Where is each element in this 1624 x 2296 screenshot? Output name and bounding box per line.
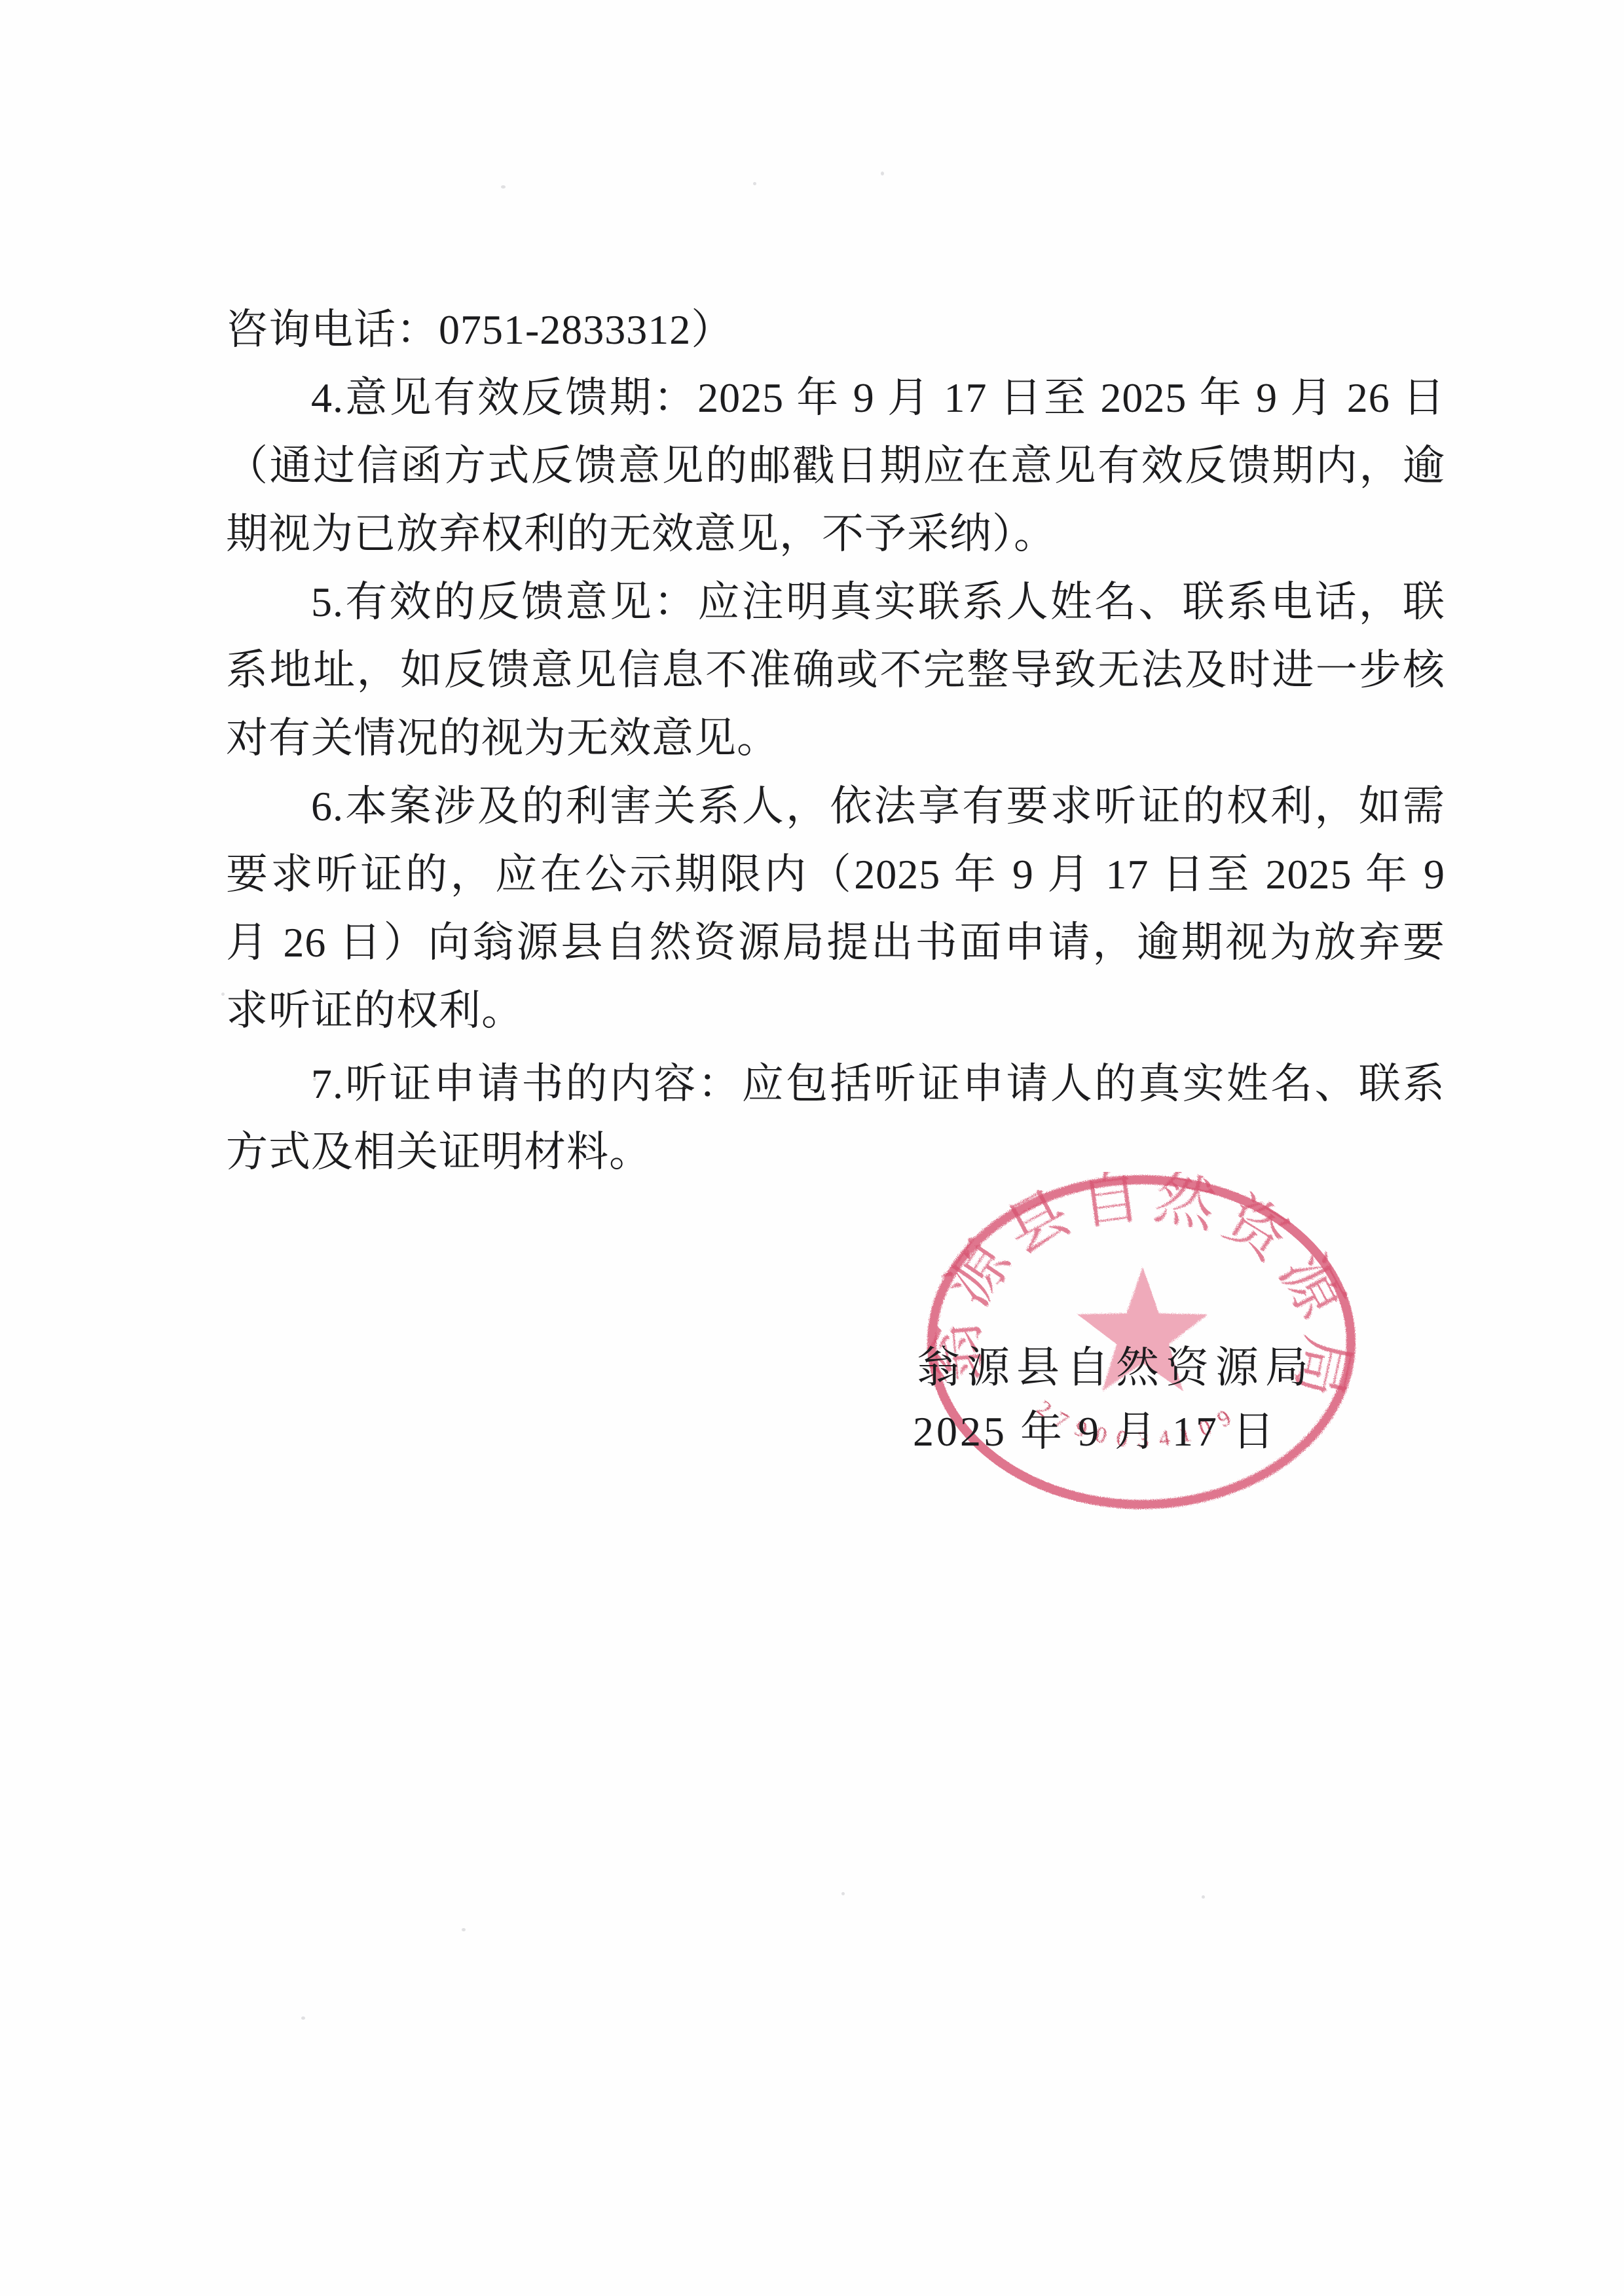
- body-line: 4.意见有效反馈期：2025 年 9 月 17 日至 2025 年 9 月 26…: [226, 374, 1445, 422]
- scan-noise-speck: [347, 738, 350, 742]
- body-line: 要求听证的，应在公示期限内（2025 年 9 月 17 日至 2025 年 9: [226, 851, 1445, 898]
- scan-noise-speck: [313, 1078, 316, 1081]
- body-line: 7.听证申请书的内容：应包括听证申请人的真实姓名、联系: [226, 1061, 1445, 1108]
- body-line: 求听证的权利。: [226, 987, 1445, 1034]
- body-line: 月 26 日）向翁源县自然资源局提出书面申请，逾期视为放弃要: [226, 919, 1445, 966]
- scan-noise-speck: [841, 1892, 845, 1895]
- scan-noise-speck: [753, 182, 756, 185]
- body-line: （通过信函方式反馈意见的邮戳日期应在意见有效反馈期内，逾: [226, 443, 1445, 490]
- scan-noise-speck: [1202, 1895, 1205, 1899]
- signature-date: 2025 年 9 月 17 日: [913, 1409, 1277, 1455]
- scan-noise-speck: [462, 1928, 466, 1931]
- body-line: 对有关情况的视为无效意见。: [226, 715, 1445, 762]
- scan-noise-speck: [301, 2016, 305, 2020]
- document-page: 咨询电话：0751-2833312） 4.意见有效反馈期：2025 年 9 月 …: [0, 0, 1624, 2296]
- scan-noise-speck: [501, 185, 506, 189]
- body-line: 期视为已放弃权利的无效意见，不予采纳）。: [226, 511, 1445, 558]
- body-line: 方式及相关证明材料。: [226, 1129, 1445, 1176]
- body-line: 咨询电话：0751-2833312）: [226, 306, 1445, 354]
- scan-noise-speck: [881, 172, 884, 175]
- body-line: 系地址，如反馈意见信息不准确或不完整导致无法及时进一步核: [226, 647, 1445, 694]
- scan-noise-speck: [221, 993, 225, 996]
- body-line: 5.有效的反馈意见：应注明真实联系人姓名、联系电话，联: [226, 579, 1445, 626]
- signature-agency: 翁源县自然资源局: [917, 1345, 1315, 1391]
- body-line: 6.本案涉及的利害关系人，依法享有要求听证的权利，如需: [226, 783, 1445, 830]
